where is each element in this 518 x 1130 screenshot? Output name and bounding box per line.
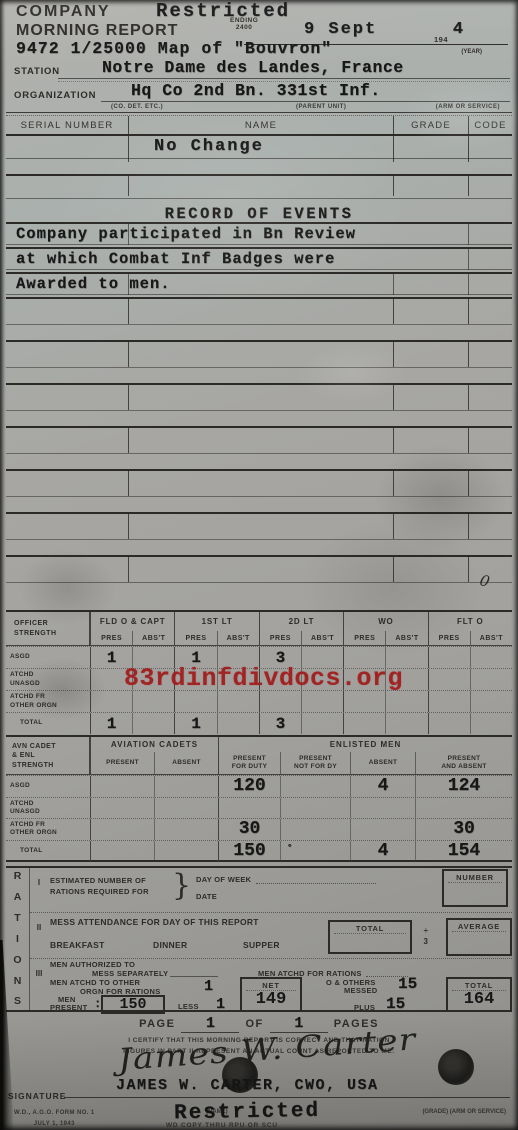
subcol-present-for-duty: PRESENT FOR DUTY bbox=[218, 752, 280, 774]
group-1st-lt: 1ST LT bbox=[174, 612, 258, 631]
cell bbox=[90, 691, 132, 712]
station-underline bbox=[58, 78, 510, 79]
ending-2400-label: ENDING 2400 bbox=[230, 17, 258, 32]
morning-report-document: COMPANY Restricted MORNING REPORT ENDING… bbox=[0, 0, 518, 1130]
messed-label: MESSED bbox=[344, 986, 377, 995]
cell bbox=[470, 691, 512, 712]
page-number-line: PAGE 1 OF 1 PAGES bbox=[6, 1012, 512, 1033]
cell bbox=[154, 841, 218, 862]
subcol-absent-2: ABSENT bbox=[350, 752, 415, 774]
cell bbox=[154, 798, 218, 819]
rations-letter: S bbox=[14, 996, 21, 1007]
divisor: 3 bbox=[424, 936, 428, 947]
officer-row-atchd-fr-other: ATCHD FR OTHER ORGN bbox=[6, 690, 512, 712]
cell: 120 bbox=[218, 776, 280, 797]
cell: 1 bbox=[90, 713, 132, 734]
group-flt-o: FLT O bbox=[428, 612, 512, 631]
col-serial-number: SERIAL NUMBER bbox=[6, 120, 128, 131]
atchd-other-value: 1 bbox=[204, 978, 213, 995]
page-label: PAGE bbox=[139, 1018, 175, 1030]
cell: ° bbox=[280, 841, 350, 862]
cell bbox=[350, 819, 415, 840]
cell bbox=[428, 713, 470, 734]
subcol-pres: PRES bbox=[343, 631, 385, 645]
year-caption: (YEAR) bbox=[461, 49, 482, 55]
number-box-label: NUMBER bbox=[448, 871, 502, 883]
subcol-present: PRESENT bbox=[90, 752, 154, 774]
subcol-abst: ABS'T bbox=[470, 631, 512, 645]
mess-separately-label: MESS SEPARATELY bbox=[92, 969, 168, 978]
mess-attendance-label: MESS ATTENDANCE FOR DAY OF THIS REPORT bbox=[50, 917, 259, 927]
divide-by-three: ÷ 3 bbox=[424, 925, 428, 947]
o-and-others-value: 15 bbox=[398, 975, 417, 993]
blank-ruled-row bbox=[6, 340, 512, 383]
cell bbox=[90, 819, 154, 840]
cell bbox=[428, 647, 470, 668]
column-divider bbox=[128, 176, 129, 196]
row-label: ASGD bbox=[6, 776, 90, 797]
day-of-week-fill-line bbox=[256, 883, 376, 884]
event-text-line-1: Company participated in Bn Review bbox=[16, 225, 356, 243]
column-divider bbox=[468, 176, 469, 196]
ending-label: ENDING bbox=[230, 17, 258, 24]
subcol-absent: ABSENT bbox=[154, 752, 218, 774]
officer-strength-corner-label: OFFICER STRENGTH bbox=[6, 612, 90, 646]
rations-total-box: TOTAL 164 bbox=[446, 977, 512, 1012]
roster-empty-row bbox=[6, 174, 512, 201]
cell bbox=[90, 798, 154, 819]
rations-section-1: I ESTIMATED NUMBER OF RATIONS REQUIRED F… bbox=[30, 868, 512, 913]
roster-section: SERIAL NUMBER NAME GRADE CODE No Change bbox=[6, 112, 512, 205]
row-label: ASGD bbox=[6, 647, 90, 668]
blank-ruled-row bbox=[6, 555, 512, 598]
cell bbox=[343, 713, 385, 734]
rations-letter: A bbox=[14, 892, 22, 903]
enlisted-row-atchd-unasgd: ATCHD UNASGD bbox=[6, 797, 512, 819]
rations-letter: O bbox=[13, 955, 21, 966]
cell bbox=[470, 713, 512, 734]
cell bbox=[385, 713, 427, 734]
cell bbox=[217, 691, 259, 712]
divide-sign: ÷ bbox=[424, 925, 428, 936]
year-typed: 4 bbox=[453, 20, 463, 39]
cell bbox=[415, 798, 512, 819]
caption-arm-service: (ARM OR SERVICE) bbox=[436, 104, 500, 110]
subcol-abst: ABS'T bbox=[385, 631, 427, 645]
morning-report-title: MORNING REPORT bbox=[16, 22, 178, 40]
caption-co-det: (CO. DET. ETC.) bbox=[111, 104, 163, 110]
certification-section: PAGE 1 OF 1 PAGES I CERTIFY THAT THIS MO… bbox=[6, 1012, 512, 1130]
enlisted-strength-table: AVIATION CADETS ENLISTED MEN PRESENT ABS… bbox=[6, 737, 512, 862]
group-wo: WO bbox=[343, 612, 427, 631]
row-baseline bbox=[6, 244, 512, 245]
cell bbox=[90, 776, 154, 797]
row-label: ATCHD UNASGD bbox=[6, 669, 90, 690]
event-row: Awarded to men. bbox=[6, 272, 512, 297]
men-present-value: 150 bbox=[103, 997, 163, 1013]
roman-numeral-3: III bbox=[30, 959, 48, 1010]
cell: 154 bbox=[415, 841, 512, 862]
less-value: 1 bbox=[216, 996, 225, 1013]
column-divider bbox=[393, 176, 394, 196]
column-divider bbox=[393, 274, 394, 295]
signature-line bbox=[64, 1097, 510, 1098]
cell bbox=[428, 691, 470, 712]
present-label: PRESENT bbox=[50, 1003, 88, 1012]
caption-parent-unit: (PARENT UNIT) bbox=[296, 104, 346, 110]
signature-label: SIGNATURE bbox=[8, 1091, 66, 1101]
group-fld-o-capt: FLD O & CAPT bbox=[90, 612, 174, 631]
average-box-label: AVERAGE bbox=[452, 920, 506, 932]
event-text-line-2: at which Combat Inf Badges were bbox=[16, 250, 335, 268]
row-label: ATCHD FR OTHER ORGN bbox=[6, 819, 90, 840]
subcol-pres: PRES bbox=[428, 631, 470, 645]
row-baseline bbox=[6, 198, 512, 199]
roster-header-row: SERIAL NUMBER NAME GRADE CODE bbox=[6, 116, 512, 136]
event-text-line-3: Awarded to men. bbox=[16, 275, 171, 293]
rations-section: R A T I O N S I ESTIMATED NUMBER OF RATI… bbox=[6, 866, 512, 1012]
subcol-abst: ABS'T bbox=[132, 631, 174, 645]
organization-underline bbox=[101, 101, 510, 102]
blank-ruled-row bbox=[6, 469, 512, 512]
cell bbox=[343, 691, 385, 712]
row-baseline bbox=[6, 294, 512, 295]
serial-map-line: 9472 1/25000 Map of "Bouvron" bbox=[16, 39, 332, 58]
company-label: COMPANY bbox=[16, 3, 111, 21]
organization-label: ORGANIZATION bbox=[14, 90, 96, 101]
enlisted-row-total: TOTAL 150 ° 4 154 bbox=[6, 840, 512, 862]
date-label: DATE bbox=[196, 892, 217, 901]
cell bbox=[301, 691, 343, 712]
roman-numeral-1: I bbox=[30, 868, 48, 912]
blank-ruled-row bbox=[6, 383, 512, 426]
form-number-line-1: W.D., A.G.O. FORM NO. 1 bbox=[14, 1108, 95, 1119]
men-authorized-label: MEN AUTHORIZED TO bbox=[50, 960, 135, 969]
row-baseline bbox=[6, 269, 512, 270]
punch-hole-right bbox=[438, 1049, 474, 1085]
cell: 150 bbox=[218, 841, 280, 862]
group-aviation-cadets: AVIATION CADETS bbox=[90, 737, 218, 752]
subcol-abst: ABS'T bbox=[217, 631, 259, 645]
subcol-pres: PRES bbox=[174, 631, 216, 645]
year-printed: 194 bbox=[434, 35, 448, 44]
column-divider bbox=[468, 274, 469, 295]
plus-value: 15 bbox=[386, 995, 405, 1013]
cell bbox=[301, 713, 343, 734]
report-date: 9 Sept bbox=[304, 20, 377, 39]
cell bbox=[385, 691, 427, 712]
form-footer: W.D., A.G.O. FORM NO. 1 JULY 1, 1943 (NA… bbox=[6, 1103, 512, 1130]
cell: 124 bbox=[415, 776, 512, 797]
enlisted-strength-corner-label: AVN CADET & ENL STRENGTH bbox=[6, 737, 90, 775]
subcol-pres: PRES bbox=[259, 631, 301, 645]
typed-signature-name: JAMES W. CARTER, CWO, USA bbox=[116, 1077, 379, 1094]
subcol-pres: PRES bbox=[90, 631, 132, 645]
subcol-abst: ABS'T bbox=[301, 631, 343, 645]
subcol-present-not-for-dy: PRESENT NOT FOR DY bbox=[280, 752, 350, 774]
breakfast-label: BREAKFAST bbox=[50, 940, 105, 950]
row-label: ATCHD UNASGD bbox=[6, 798, 90, 819]
cell: 30 bbox=[218, 819, 280, 840]
group-enlisted-men: ENLISTED MEN bbox=[218, 737, 512, 752]
cell: 3 bbox=[259, 713, 301, 734]
cell bbox=[90, 841, 154, 862]
cell bbox=[280, 776, 350, 797]
document-header: COMPANY Restricted MORNING REPORT ENDING… bbox=[6, 0, 512, 112]
cell bbox=[132, 713, 174, 734]
event-row: at which Combat Inf Badges were bbox=[6, 247, 512, 272]
rations-letter: N bbox=[14, 976, 22, 987]
grade-caption: (GRADE) (ARM OR SERVICE) bbox=[422, 1109, 506, 1115]
cell bbox=[259, 691, 301, 712]
plus-label: PLUS bbox=[354, 1003, 375, 1012]
rations-vertical-label: R A T I O N S bbox=[6, 868, 30, 1010]
enlisted-row-atchd-fr-other: ATCHD FR OTHER ORGN 30 30 bbox=[6, 818, 512, 840]
row-label: TOTAL bbox=[6, 713, 90, 734]
of-label: OF bbox=[245, 1018, 263, 1030]
cell bbox=[174, 691, 216, 712]
blank-ruled-row bbox=[6, 297, 512, 340]
roman-numeral-2: II bbox=[30, 913, 48, 958]
rations-total-value: 164 bbox=[448, 991, 510, 1009]
rations-section-3: III MEN AUTHORIZED TO MESS SEPARATELY ME… bbox=[30, 959, 512, 1010]
men-atchd-other-label: MEN ATCHD TO OTHER bbox=[50, 978, 140, 987]
ending-time: 2400 bbox=[230, 24, 258, 31]
form-number-line-2: JULY 1, 1943 bbox=[14, 1119, 95, 1130]
restricted-stamp-bottom: Restricted bbox=[174, 1100, 320, 1126]
cell: 4 bbox=[350, 841, 415, 862]
column-divider bbox=[468, 249, 469, 270]
estimated-rations-label: ESTIMATED NUMBER OF RATIONS REQUIRED FOR bbox=[50, 875, 149, 898]
organization-value: Hq Co 2nd Bn. 331st Inf. bbox=[131, 81, 381, 100]
enlisted-row-asgd: ASGD 120 4 124 bbox=[6, 775, 512, 797]
record-of-events-heading-row: RECORD OF EVENTS bbox=[6, 205, 512, 222]
station-value: Notre Dame des Landes, France bbox=[102, 58, 404, 77]
cell bbox=[218, 798, 280, 819]
cell bbox=[470, 647, 512, 668]
row-baseline bbox=[6, 158, 512, 159]
form-number: W.D., A.G.O. FORM NO. 1 JULY 1, 1943 bbox=[14, 1108, 95, 1130]
cell bbox=[350, 798, 415, 819]
blank-ruled-row bbox=[6, 512, 512, 555]
mess-total-box: TOTAL bbox=[328, 920, 412, 954]
row-label: ATCHD FR OTHER ORGN bbox=[6, 691, 90, 712]
net-box: NET 149 bbox=[240, 977, 302, 1012]
rations-letter: T bbox=[14, 913, 20, 924]
cell: 1 bbox=[174, 713, 216, 734]
net-value: 149 bbox=[242, 991, 300, 1009]
brace-glyph: } bbox=[172, 868, 191, 903]
group-2d-lt: 2D LT bbox=[259, 612, 343, 631]
station-label: STATION bbox=[14, 66, 60, 77]
cell bbox=[154, 819, 218, 840]
subcol-present-and-absent: PRESENT AND ABSENT bbox=[415, 752, 512, 774]
less-label: LESS bbox=[178, 1002, 199, 1011]
average-box: AVERAGE bbox=[446, 918, 512, 956]
col-grade: GRADE bbox=[393, 116, 468, 134]
cell bbox=[217, 713, 259, 734]
roster-row-no-change: No Change bbox=[6, 136, 512, 162]
cell bbox=[280, 819, 350, 840]
cell bbox=[470, 669, 512, 690]
mess-separately-fill-line bbox=[170, 976, 218, 977]
row-label: TOTAL bbox=[6, 841, 90, 862]
dinner-label: DINNER bbox=[153, 940, 187, 950]
rations-letter: R bbox=[14, 871, 22, 882]
col-name: NAME bbox=[128, 116, 393, 134]
event-row: Company participated in Bn Review bbox=[6, 222, 512, 247]
number-box: NUMBER bbox=[442, 869, 508, 907]
day-of-week-label: DAY OF WEEK bbox=[196, 875, 251, 884]
cell bbox=[280, 798, 350, 819]
blank-ruled-row bbox=[6, 426, 512, 469]
record-of-events-section: RECORD OF EVENTS Company participated in… bbox=[6, 205, 512, 607]
total-box-label: TOTAL bbox=[334, 922, 406, 934]
col-code: CODE bbox=[468, 116, 512, 134]
officer-row-total: TOTAL 1 1 3 bbox=[6, 712, 512, 734]
signature-block: James W. Carter JAMES W. CARTER, CWO, US… bbox=[6, 1057, 512, 1101]
page-value: 1 bbox=[181, 1015, 239, 1033]
restricted-stamp-top: Restricted bbox=[156, 0, 290, 22]
officer-strength-table: FLD O & CAPT 1ST LT 2D LT WO FLT O PRES … bbox=[6, 610, 512, 737]
cell bbox=[132, 691, 174, 712]
rations-letter: I bbox=[16, 934, 19, 945]
column-divider bbox=[468, 224, 469, 245]
no-change-entry: No Change bbox=[154, 137, 264, 156]
cell: 4 bbox=[350, 776, 415, 797]
cell: 30 bbox=[415, 819, 512, 840]
rations-section-2: II MESS ATTENDANCE FOR DAY OF THIS REPOR… bbox=[30, 913, 512, 959]
cell bbox=[428, 669, 470, 690]
archive-watermark: 83rdinfdivdocs.org bbox=[124, 664, 403, 693]
cell bbox=[154, 776, 218, 797]
supper-label: SUPPER bbox=[243, 940, 280, 950]
